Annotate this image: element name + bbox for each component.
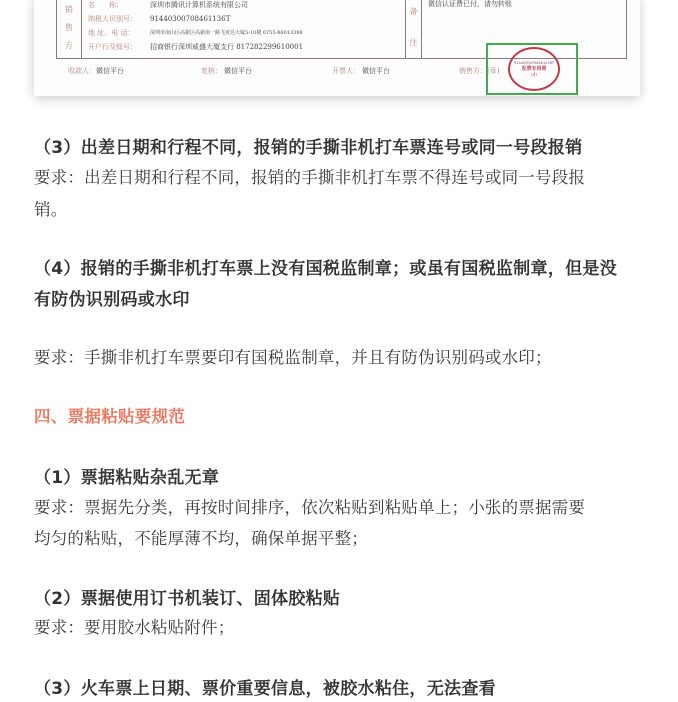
heading-item-3: （3）出差日期和行程不同，报销的手撕非机打车票连号或同一号段报销 bbox=[34, 133, 644, 158]
seller-name-row: 名 称： 深圳市腾讯计算机系统有限公司 bbox=[88, 0, 399, 12]
invoice-stamp-icon: 91440300708461136T 发票专用章 (4) bbox=[508, 47, 560, 91]
invoice-image: 销 售 方 名 称： 深圳市腾讯计算机系统有限公司 纳税人识别号： 914403… bbox=[34, 0, 640, 96]
seller-taxid-row: 纳税人识别号： 91440300708461136T bbox=[88, 12, 399, 26]
requirement-3-line-1: 要求：出差日期和行程不同，报销的手撕非机打车票不得连号或同一号段报 bbox=[34, 164, 644, 188]
requirement-4: 要求：手撕非机打车票要印有国税监制章，并且有防伪识别码或水印； bbox=[34, 344, 644, 368]
heading-paste-2: （2）票据使用订书机装订、固体胶粘贴 bbox=[34, 584, 644, 609]
heading-item-4-line-2: 有防伪识别码或水印 bbox=[34, 285, 644, 310]
seller-side-label: 销 售 方 bbox=[57, 0, 82, 58]
seller-info: 名 称： 深圳市腾讯计算机系统有限公司 纳税人识别号： 914403007084… bbox=[82, 0, 406, 58]
heading-paste-1: （1）票据粘贴杂乱无章 bbox=[34, 463, 644, 488]
requirement-3-line-2: 销。 bbox=[34, 196, 644, 220]
heading-item-4-line-1: （4）报销的手撕非机打车票上没有国税监制章；或虽有国税监制章，但是没 bbox=[34, 254, 644, 279]
highlight-box: 91440300708461136T 发票专用章 (4) bbox=[486, 43, 578, 95]
section-title: 四、票据粘贴要规范 bbox=[34, 403, 644, 427]
seller-address-row: 地 址、电 话： 深圳市南山区高新区高新南一路飞亚达大厦5-10楼 0755-8… bbox=[88, 26, 399, 40]
requirement-paste-1-line-2: 均匀的粘贴，不能厚薄不均，确保单据平整； bbox=[34, 525, 644, 549]
note-side-label: 备 注 bbox=[406, 0, 422, 58]
requirement-paste-1-line-1: 要求：票据先分类，再按时间排序，依次粘贴到粘贴单上；小张的票据需要 bbox=[34, 494, 644, 518]
seller-bank-row: 开户行及账号： 招商银行深圳威盛大厦支行 817282299610001 bbox=[88, 40, 399, 54]
requirement-paste-2: 要求：要用胶水粘贴附件； bbox=[34, 614, 644, 638]
heading-paste-3: （3）火车票上日期、票价重要信息，被胶水粘住，无法查看 bbox=[34, 674, 644, 699]
